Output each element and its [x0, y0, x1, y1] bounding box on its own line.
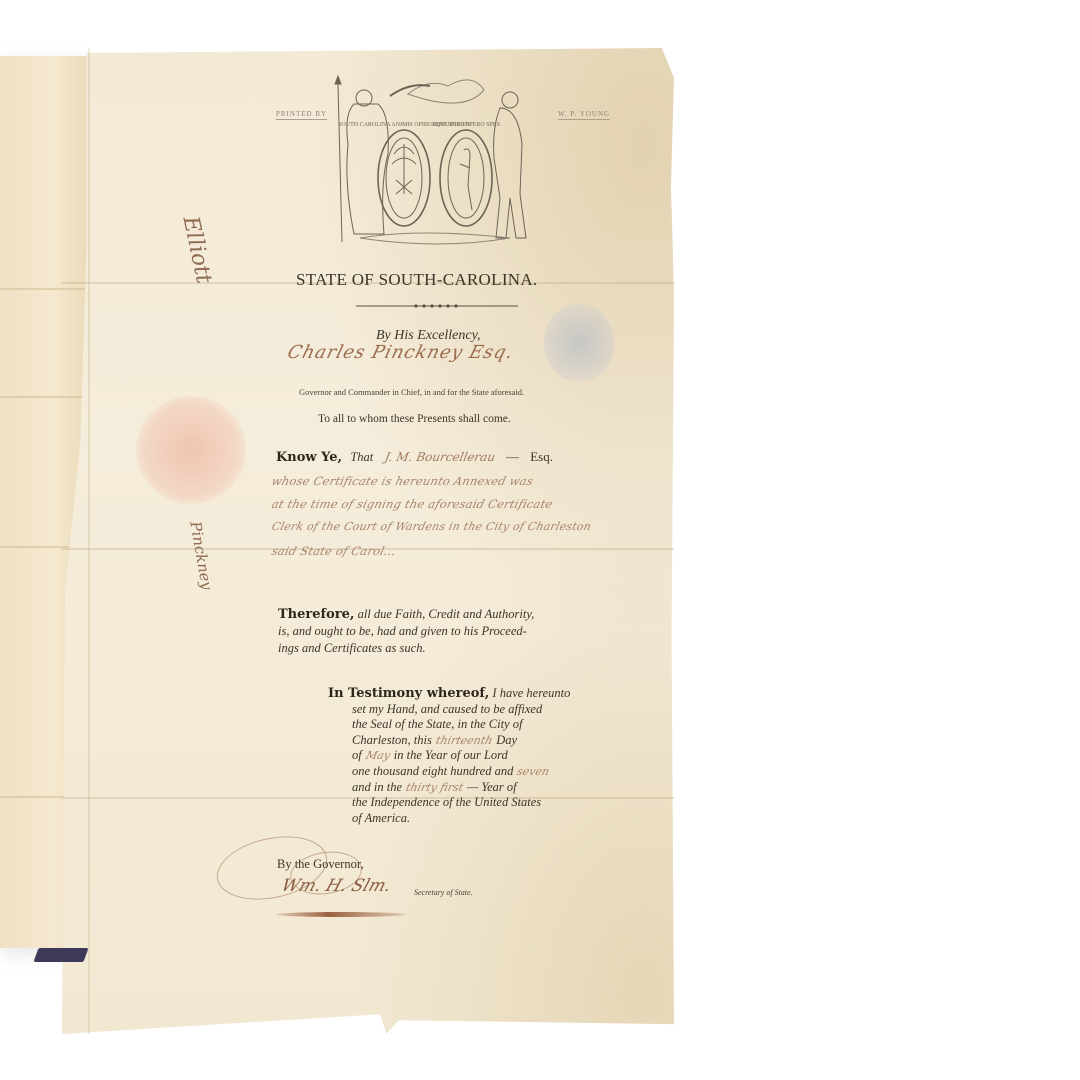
testimony-text: the Independence of the United States	[328, 795, 618, 811]
therefore-paragraph: Therefore, all due Faith, Credit and Aut…	[278, 606, 608, 657]
by-the-governor: By the Governor,	[277, 857, 364, 872]
therefore-lead: Therefore,	[278, 607, 354, 622]
salutation: To all to whom these Presents shall come…	[318, 413, 511, 425]
year-fill: seven	[515, 764, 551, 780]
fold-crease	[88, 48, 90, 1034]
embossed-seal	[544, 303, 614, 383]
testimony-text: — Year of	[467, 780, 517, 794]
fold-crease	[0, 396, 88, 398]
testimony-text: the Seal of the State, in the City of	[328, 717, 618, 733]
ornamental-rule-icon	[356, 303, 518, 309]
testimony-text: I have hereunto	[492, 686, 570, 700]
handwritten-line: at the time of signing the aforesaid Cer…	[270, 497, 554, 511]
red-wafer-seal	[136, 396, 246, 504]
testimony-text: and in the	[352, 780, 402, 794]
testimony-text: of	[352, 748, 362, 762]
secretary-signature: Wm. H. Slm.	[279, 876, 394, 896]
testimony-lead: In Testimony whereof,	[328, 686, 489, 701]
handwritten-line: Clerk of the Court of Wardens in the Cit…	[270, 520, 592, 533]
handwritten-line: said State of Carol...	[270, 544, 397, 558]
therefore-text: is, and ought to be, had and given to hi…	[278, 623, 608, 640]
printer-name: W. P. YOUNG	[558, 110, 610, 120]
testimony-text: in the Year of our Lord	[394, 748, 508, 762]
day-fill: thirteenth	[434, 733, 494, 749]
testimony-text: Day	[496, 733, 517, 747]
fold-crease	[0, 288, 88, 290]
know-ye-line: Know Ye, That J. M. Bourcellerau — Esq.	[276, 449, 553, 465]
know-ye-lead: Know Ye,	[276, 450, 342, 465]
testimony-text: one thousand eight hundred and	[352, 764, 513, 778]
governor-signature: Charles Pinckney Esq.	[285, 342, 516, 363]
testimony-text: set my Hand, and caused to be affixed	[328, 702, 618, 718]
esq-label: Esq.	[530, 449, 553, 464]
therefore-text: all due Faith, Credit and Authority,	[358, 607, 535, 621]
testimony-text: of America.	[328, 811, 618, 827]
month-fill: May	[364, 748, 392, 764]
signature-underline	[276, 912, 406, 917]
know-ye-that: That	[350, 450, 373, 464]
state-coat-of-arms-icon: SOUTH CAROLINA ANIMIS OPIBUSQUE PARATI D…	[320, 74, 550, 254]
document-title: STATE OF SOUTH-CAROLINA.	[296, 270, 537, 290]
dash: —	[506, 449, 519, 464]
secretary-of-state-label: Secretary of State.	[414, 888, 473, 897]
testimony-paragraph: In Testimony whereof, I have hereunto se…	[328, 686, 618, 826]
binding-ribbon	[33, 948, 88, 962]
testimony-text: Charleston, this	[352, 733, 432, 747]
svg-text:DUM SPIRO SPERO SPES: DUM SPIRO SPERO SPES	[432, 122, 500, 128]
governor-title: Governor and Commander in Chief, in and …	[299, 387, 524, 397]
independence-year-fill: thirty first	[404, 780, 465, 796]
handwritten-line: whose Certificate is hereunto Annexed wa…	[270, 474, 535, 488]
handwritten-name: J. M. Bourcellerau	[383, 450, 496, 464]
therefore-text: ings and Certificates as such.	[278, 640, 608, 657]
